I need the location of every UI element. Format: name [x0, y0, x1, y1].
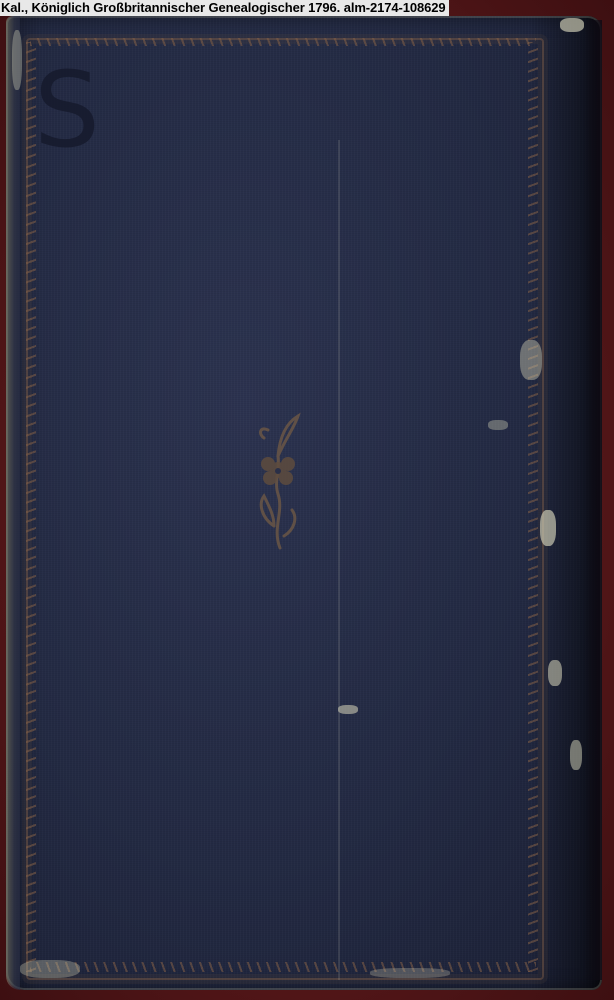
- border-vine-right: [528, 42, 538, 972]
- wear-spot: [12, 30, 22, 90]
- wear-spot: [488, 420, 508, 430]
- wear-spot: [570, 740, 582, 770]
- wear-spot: [548, 660, 562, 686]
- cover-edge-shadow: [584, 20, 602, 980]
- stamped-letter: S: [34, 58, 100, 162]
- wear-spot: [338, 705, 358, 714]
- wear-spot: [20, 960, 80, 978]
- wear-spot: [560, 18, 584, 32]
- image-caption: Kal., Königlich Großbritannischer Geneal…: [0, 0, 449, 16]
- wear-spot: [370, 968, 450, 978]
- spine-edge: [6, 16, 20, 990]
- floral-ornament-icon: [250, 408, 306, 554]
- border-vine-top: [30, 38, 536, 46]
- cover-crease: [338, 140, 340, 980]
- border-vine-bottom: [30, 962, 536, 972]
- border-vine-left: [26, 42, 36, 972]
- wear-spot: [520, 340, 542, 380]
- wear-spot: [540, 510, 556, 546]
